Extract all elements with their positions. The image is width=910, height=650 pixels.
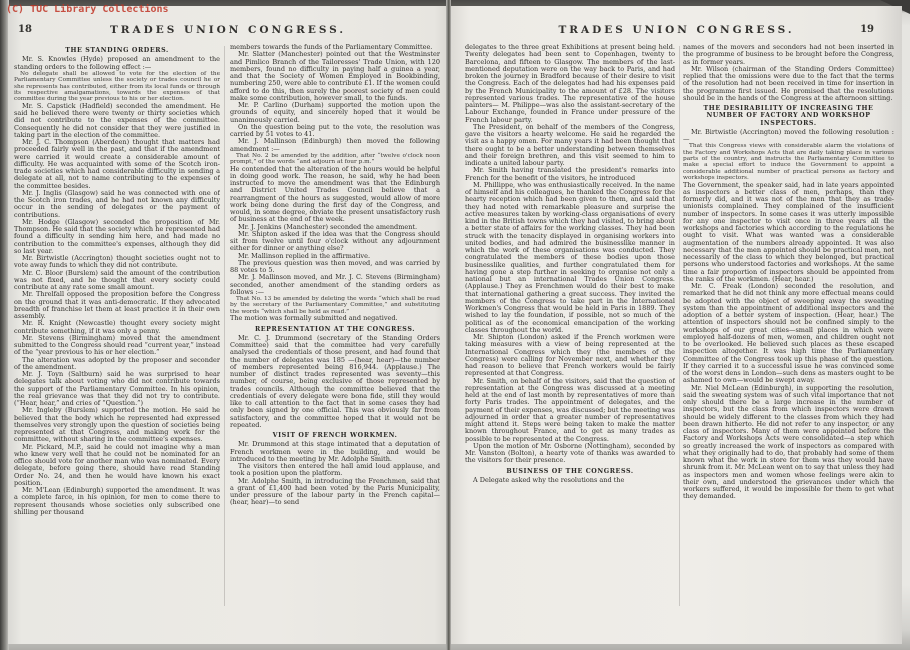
paragraph: Mr. Niel McLean (Edinburgh), in supporti… (683, 385, 894, 501)
running-title-right: TRADES UNION CONGRESS. (451, 24, 902, 36)
section-heading: REPRESENTATION AT THE CONGRESS. (236, 326, 434, 333)
paragraph: Mr. Drummond at this stage intimated tha… (230, 441, 440, 463)
column-rule (679, 46, 680, 606)
paragraph: Mr. Wilson (chairman of the Standing Ord… (683, 66, 894, 102)
library-watermark-stamp: (C) TUC Library Collections (6, 4, 169, 15)
column-rule (224, 46, 225, 606)
right-page-column-1: delegates to the three great Exhibitions… (465, 44, 675, 636)
paragraph: Mr. Stevens (Birmingham) moved that the … (14, 335, 220, 357)
paragraph: Mr. Pickard, M.P., said he could not ima… (14, 444, 220, 488)
section-heading: BUSINESS OF THE CONGRESS. (471, 468, 669, 475)
paragraph: Mr. Birtwistle (Accrington) moved the fo… (683, 129, 894, 144)
paragraph: Upon the motion of Mr. Osborne (Nottingh… (465, 443, 675, 465)
paragraph: The motion was formally submitted and ne… (230, 315, 440, 322)
paragraph: Mr. P. Carlino (Durham) supported the mo… (230, 102, 440, 124)
paragraph: names of the movers and seconders had no… (683, 44, 894, 66)
left-page: 18 TRADES UNION CONGRESS. THE STANDING O… (8, 6, 448, 644)
paragraph: No delegate shall be allowed to vote for… (14, 71, 220, 103)
paragraph: Mr. C. Bloor (Burslem) said the amount o… (14, 270, 220, 292)
paragraph: Mr. J. Mallinson (Edinburgh) then moved … (230, 138, 440, 153)
paragraph: The previous question was then moved, an… (230, 260, 440, 275)
paragraph: The Government, the speaker said, had in… (683, 182, 894, 284)
paragraph: The alteration was adopted by the propos… (14, 357, 220, 372)
paragraph: The President, on behalf of the members … (465, 124, 675, 168)
paragraph: Mr. J. Inglis (Glasgow) said he was conn… (14, 190, 220, 219)
left-page-column-1: THE STANDING ORDERS.Mr. S. Knowles (Hyde… (14, 44, 220, 636)
paragraph: Mr. Smith, on behalf of the visitors, sa… (465, 378, 675, 443)
left-page-column-2: members towards the funds of the Parliam… (230, 44, 440, 636)
paragraph: delegates to the three great Exhibitions… (465, 44, 675, 124)
paragraph: Mr. Hodge (Glasgow) seconded the proposi… (14, 219, 220, 255)
paragraph: Mr. M'Lean (Edinburgh) supported the ame… (14, 487, 220, 516)
paragraph: M. Phillippe, who was enthusiastically r… (465, 182, 675, 334)
paragraph: Mr. Threlfall opposed the proposition be… (14, 291, 220, 320)
paragraph: Mr. Shipton asked if the idea was that t… (230, 231, 440, 253)
paragraph: He contended that the alteration of the … (230, 166, 440, 224)
paragraph: Mr. Shipton (London) asked if the French… (465, 334, 675, 378)
paragraph: Mr. Adolphe Smith, in introducing the Fr… (230, 478, 440, 507)
paragraph: The visitors then entered the hall amid … (230, 463, 440, 478)
paragraph: A Delegate asked why the resolutions and… (465, 477, 675, 484)
paragraph: That No. 2 be amended by the addition, a… (230, 153, 440, 166)
page-number-right: 19 (860, 24, 874, 35)
section-heading: VISIT OF FRENCH WORKMEN. (236, 432, 434, 439)
running-title-left: TRADES UNION CONGRESS. (8, 24, 448, 36)
paragraph: Mr. Birtwistle (Accrington) thought soci… (14, 255, 220, 270)
scanned-document: (C) TUC Library Collections 18 TRADES UN… (0, 0, 910, 650)
right-page-column-2: names of the movers and seconders had no… (683, 44, 894, 636)
paragraph: Mr. Smith having translated the presiden… (465, 167, 675, 182)
section-heading: THE STANDING ORDERS. (20, 47, 214, 54)
right-page: TRADES UNION CONGRESS. 19 delegates to t… (451, 6, 902, 644)
paragraph: Mr. R. Knight (Newcastle) thought every … (14, 320, 220, 335)
section-heading: THE DESIRABILITY OF INCREASING THE NUMBE… (689, 105, 888, 127)
paragraph: Mr. Ingleby (Burslem) supported the moti… (14, 407, 220, 443)
paragraph: Mr. C. J. Drummond (secretary of the Sta… (230, 335, 440, 429)
paragraph: Mr. S. Knowles (Hyde) proposed an amendm… (14, 56, 220, 71)
paragraph: Mr. J. Mallinson moved, and Mr. J. C. St… (230, 274, 440, 296)
paragraph: Mr. Slatter (Manchester) pointed out tha… (230, 51, 440, 102)
paragraph: That No. 13 be amended by deleting the w… (230, 296, 440, 315)
paragraph: Mr. S. Capstick (Hadfield) seconded the … (14, 103, 220, 139)
paragraph: Mr. C. Freak (London) seconded the resol… (683, 283, 894, 385)
paragraph: That this Congress views with considerab… (683, 143, 894, 181)
paragraph: Mr. J. Toyn (Saltburn) said he was surpr… (14, 371, 220, 407)
paragraph: Mr. J. C. Thompson (Aberdeen) thought th… (14, 139, 220, 190)
paragraph: On the question being put to the vote, t… (230, 124, 440, 139)
